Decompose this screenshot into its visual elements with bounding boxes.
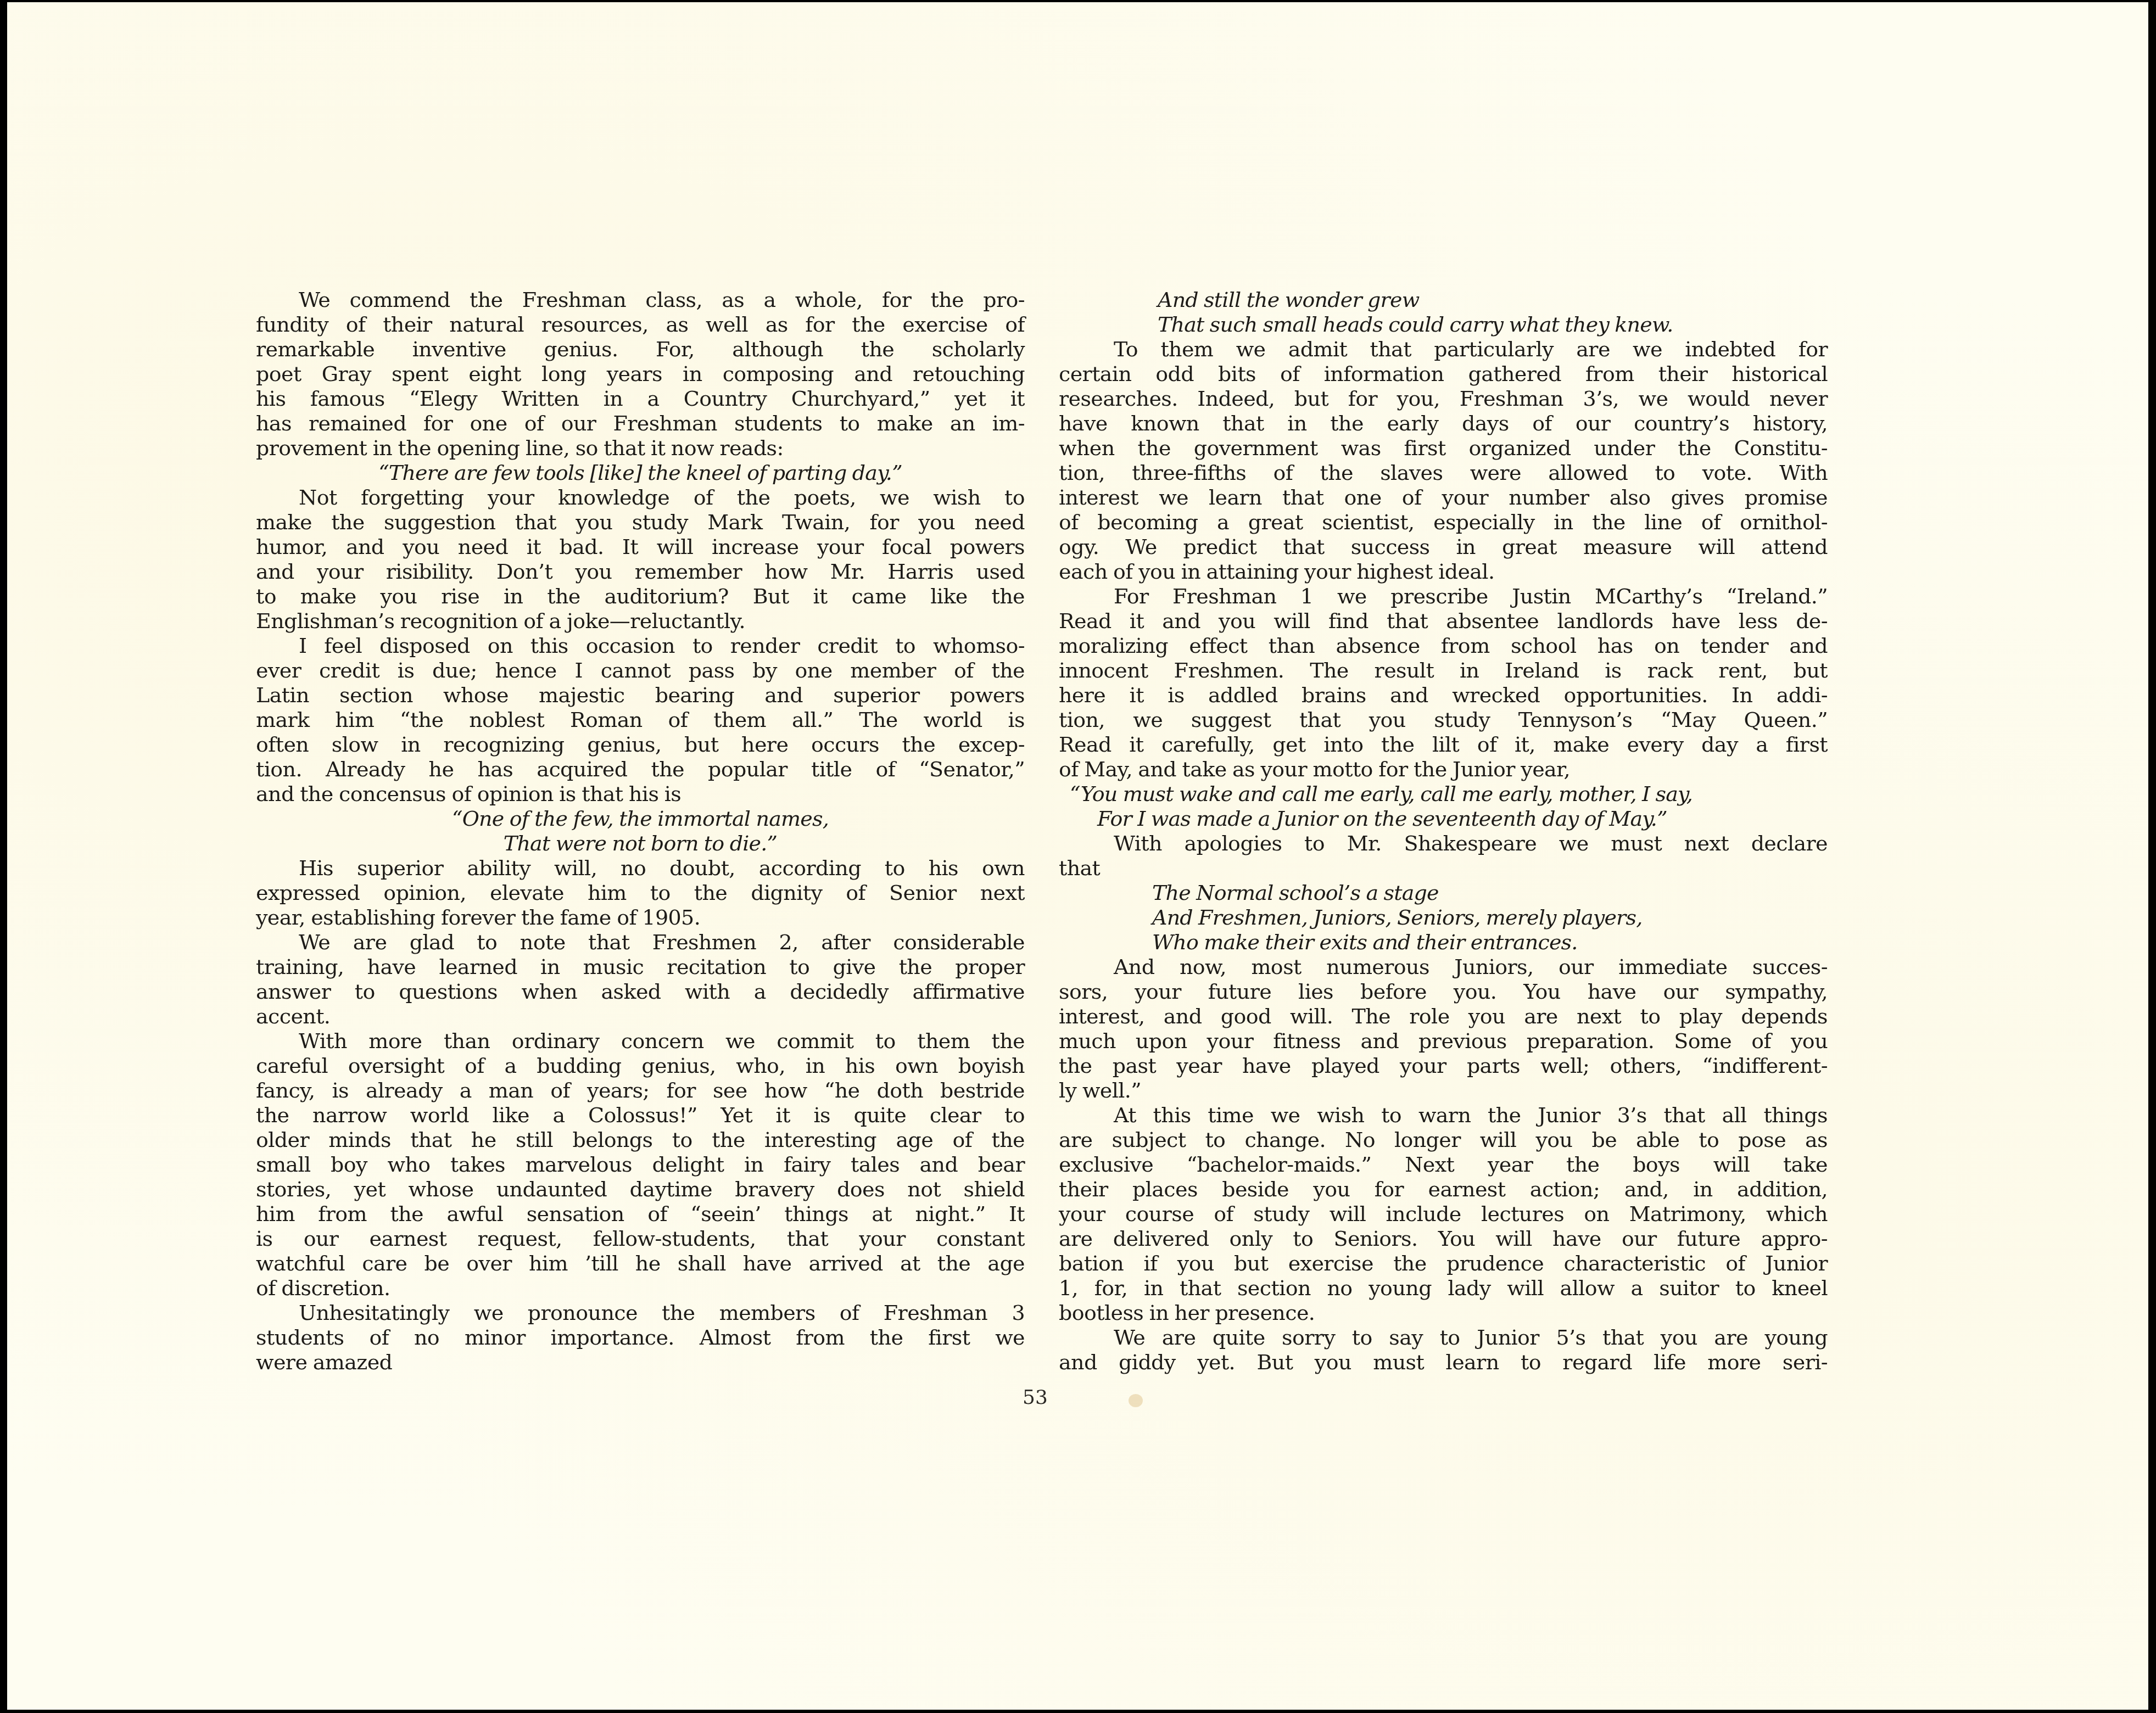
text-line: researches. Indeed, but for you, Freshma… xyxy=(1059,387,1828,411)
text-line: exclusive “bachelor-maids.” Next year th… xyxy=(1059,1152,1828,1177)
text-line: ever credit is due; hence I cannot pass … xyxy=(256,658,1025,683)
text-line: At this time we wish to warn the Junior … xyxy=(1059,1103,1828,1128)
text-line: fundity of their natural resources, as w… xyxy=(256,312,1025,337)
text-line: Read it and you will find that absentee … xyxy=(1059,609,1828,634)
text-line: answer to questions when asked with a de… xyxy=(256,979,1025,1004)
text-line: are subject to change. No longer will yo… xyxy=(1059,1128,1828,1152)
text-line: bation if you but exercise the prudence … xyxy=(1059,1251,1828,1276)
text-line: accent. xyxy=(256,1004,1025,1029)
text-line: To them we admit that particularly are w… xyxy=(1059,337,1828,362)
text-line: stories, yet whose undaunted daytime bra… xyxy=(256,1177,1025,1202)
text-line: and your risibility. Don’t you remember … xyxy=(256,559,1025,584)
text-line: poet Gray spent eight long years in comp… xyxy=(256,362,1025,387)
text-line: were amazed xyxy=(256,1350,1025,1375)
text-line: your course of study will include lectur… xyxy=(1059,1202,1828,1227)
text-line: tion, we suggest that you study Tennyson… xyxy=(1059,708,1828,732)
text-line: humor, and you need it bad. It will incr… xyxy=(256,535,1025,559)
text-line: make the suggestion that you study Mark … xyxy=(256,510,1025,535)
paper-stain xyxy=(1129,1394,1143,1407)
page-number: 53 xyxy=(1023,1386,1048,1409)
text-line: mark him “the noblest Roman of them all.… xyxy=(256,708,1025,732)
text-line: when the government was first organized … xyxy=(1059,436,1828,461)
book-page: We commend the Freshman class, as a whol… xyxy=(7,2,2148,1710)
text-line: is our earnest request, fellow-students,… xyxy=(256,1227,1025,1251)
text-line: For Freshman 1 we prescribe Justin MCart… xyxy=(1059,584,1828,609)
text-line: bootless in her presence. xyxy=(1059,1301,1828,1325)
text-line: 1, for, in that section no young lady wi… xyxy=(1059,1276,1828,1301)
text-line: And now, most numerous Juniors, our imme… xyxy=(1059,955,1828,979)
text-line: much upon your fitness and previous prep… xyxy=(1059,1029,1828,1054)
text-line: interest, and good will. The role you ar… xyxy=(1059,1004,1828,1029)
text-line: Unhesitatingly we pronounce the members … xyxy=(256,1301,1025,1325)
verse-line: That such small heads could carry what t… xyxy=(1059,312,1828,337)
text-line: With apologies to Mr. Shakespeare we mus… xyxy=(1059,831,1828,856)
text-line: Not forgetting your knowledge of the poe… xyxy=(256,485,1025,510)
text-line: and the concensus of opinion is that his… xyxy=(256,782,1025,807)
verse-line: That were not born to die.” xyxy=(256,831,1025,856)
text-line: We are glad to note that Freshmen 2, aft… xyxy=(256,930,1025,955)
text-line: has remained for one of our Freshman stu… xyxy=(256,411,1025,436)
verse-line: For I was made a Junior on the seventeen… xyxy=(1059,807,1828,831)
text-line: students of no minor importance. Almost … xyxy=(256,1325,1025,1350)
text-line: their places beside you for earnest acti… xyxy=(1059,1177,1828,1202)
text-line: of discretion. xyxy=(256,1276,1025,1301)
text-line: careful oversight of a budding genius, w… xyxy=(256,1054,1025,1078)
text-line: of becoming a great scientist, especiall… xyxy=(1059,510,1828,535)
text-line: each of you in attaining your highest id… xyxy=(1059,559,1828,584)
text-line: him from the awful sensation of “seein’ … xyxy=(256,1202,1025,1227)
text-line: watchful care be over him ’till he shall… xyxy=(256,1251,1025,1276)
text-line: expressed opinion, elevate him to the di… xyxy=(256,881,1025,905)
text-line: the narrow world like a Colossus!” Yet i… xyxy=(256,1103,1025,1128)
verse-line: And Freshmen, Juniors, Seniors, merely p… xyxy=(1059,905,1828,930)
text-line: of May, and take as your motto for the J… xyxy=(1059,757,1828,782)
text-line: ogy. We predict that success in great me… xyxy=(1059,535,1828,559)
text-line: We commend the Freshman class, as a whol… xyxy=(256,288,1025,312)
text-line: that xyxy=(1059,856,1828,881)
text-line: ly well.” xyxy=(1059,1078,1828,1103)
verse-line: Who make their exits and their entrances… xyxy=(1059,930,1828,955)
text-line: older minds that he still belongs to the… xyxy=(256,1128,1025,1152)
text-line: have known that in the early days of our… xyxy=(1059,411,1828,436)
text-line: training, have learned in music recitati… xyxy=(256,955,1025,979)
text-line: tion. Already he has acquired the popula… xyxy=(256,757,1025,782)
text-line: certain odd bits of information gathered… xyxy=(1059,362,1828,387)
text-line: His superior ability will, no doubt, acc… xyxy=(256,856,1025,881)
left-text-column: We commend the Freshman class, as a whol… xyxy=(256,288,1025,1375)
verse-line: “You must wake and call me early, call m… xyxy=(1059,782,1828,807)
text-line: moralizing effect than absence from scho… xyxy=(1059,634,1828,658)
text-line: fancy, is already a man of years; for se… xyxy=(256,1078,1025,1103)
text-line: remarkable inventive genius. For, althou… xyxy=(256,337,1025,362)
text-line: Latin section whose majestic bearing and… xyxy=(256,683,1025,708)
text-line: and giddy yet. But you must learn to reg… xyxy=(1059,1350,1828,1375)
text-line: tion, three-fifths of the slaves were al… xyxy=(1059,461,1828,485)
text-line: interest we learn that one of your numbe… xyxy=(1059,485,1828,510)
text-line: I feel disposed on this occasion to rend… xyxy=(256,634,1025,658)
text-line: sors, your future lies before you. You h… xyxy=(1059,979,1828,1004)
text-line: We are quite sorry to say to Junior 5’s … xyxy=(1059,1325,1828,1350)
text-line: here it is addled brains and wrecked opp… xyxy=(1059,683,1828,708)
text-line: innocent Freshmen. The result in Ireland… xyxy=(1059,658,1828,683)
verse-line: “There are few tools [like] the kneel of… xyxy=(256,461,1025,485)
text-line: small boy who takes marvelous delight in… xyxy=(256,1152,1025,1177)
text-line: provement in the opening line, so that i… xyxy=(256,436,1025,461)
text-line: to make you rise in the auditorium? But … xyxy=(256,584,1025,609)
text-line: With more than ordinary concern we commi… xyxy=(256,1029,1025,1054)
verse-line: And still the wonder grew xyxy=(1059,288,1828,312)
text-line: year, establishing forever the fame of 1… xyxy=(256,905,1025,930)
text-line: are delivered only to Seniors. You will … xyxy=(1059,1227,1828,1251)
text-line: the past year have played your parts wel… xyxy=(1059,1054,1828,1078)
text-line: often slow in recognizing genius, but he… xyxy=(256,732,1025,757)
text-line: Englishman’s recognition of a joke—reluc… xyxy=(256,609,1025,634)
text-line: Read it carefully, get into the lilt of … xyxy=(1059,732,1828,757)
text-line: his famous “Elegy Written in a Country C… xyxy=(256,387,1025,411)
verse-line: “One of the few, the immortal names, xyxy=(256,807,1025,831)
verse-line: The Normal school’s a stage xyxy=(1059,881,1828,905)
right-text-column: And still the wonder grewThat such small… xyxy=(1059,288,1828,1375)
